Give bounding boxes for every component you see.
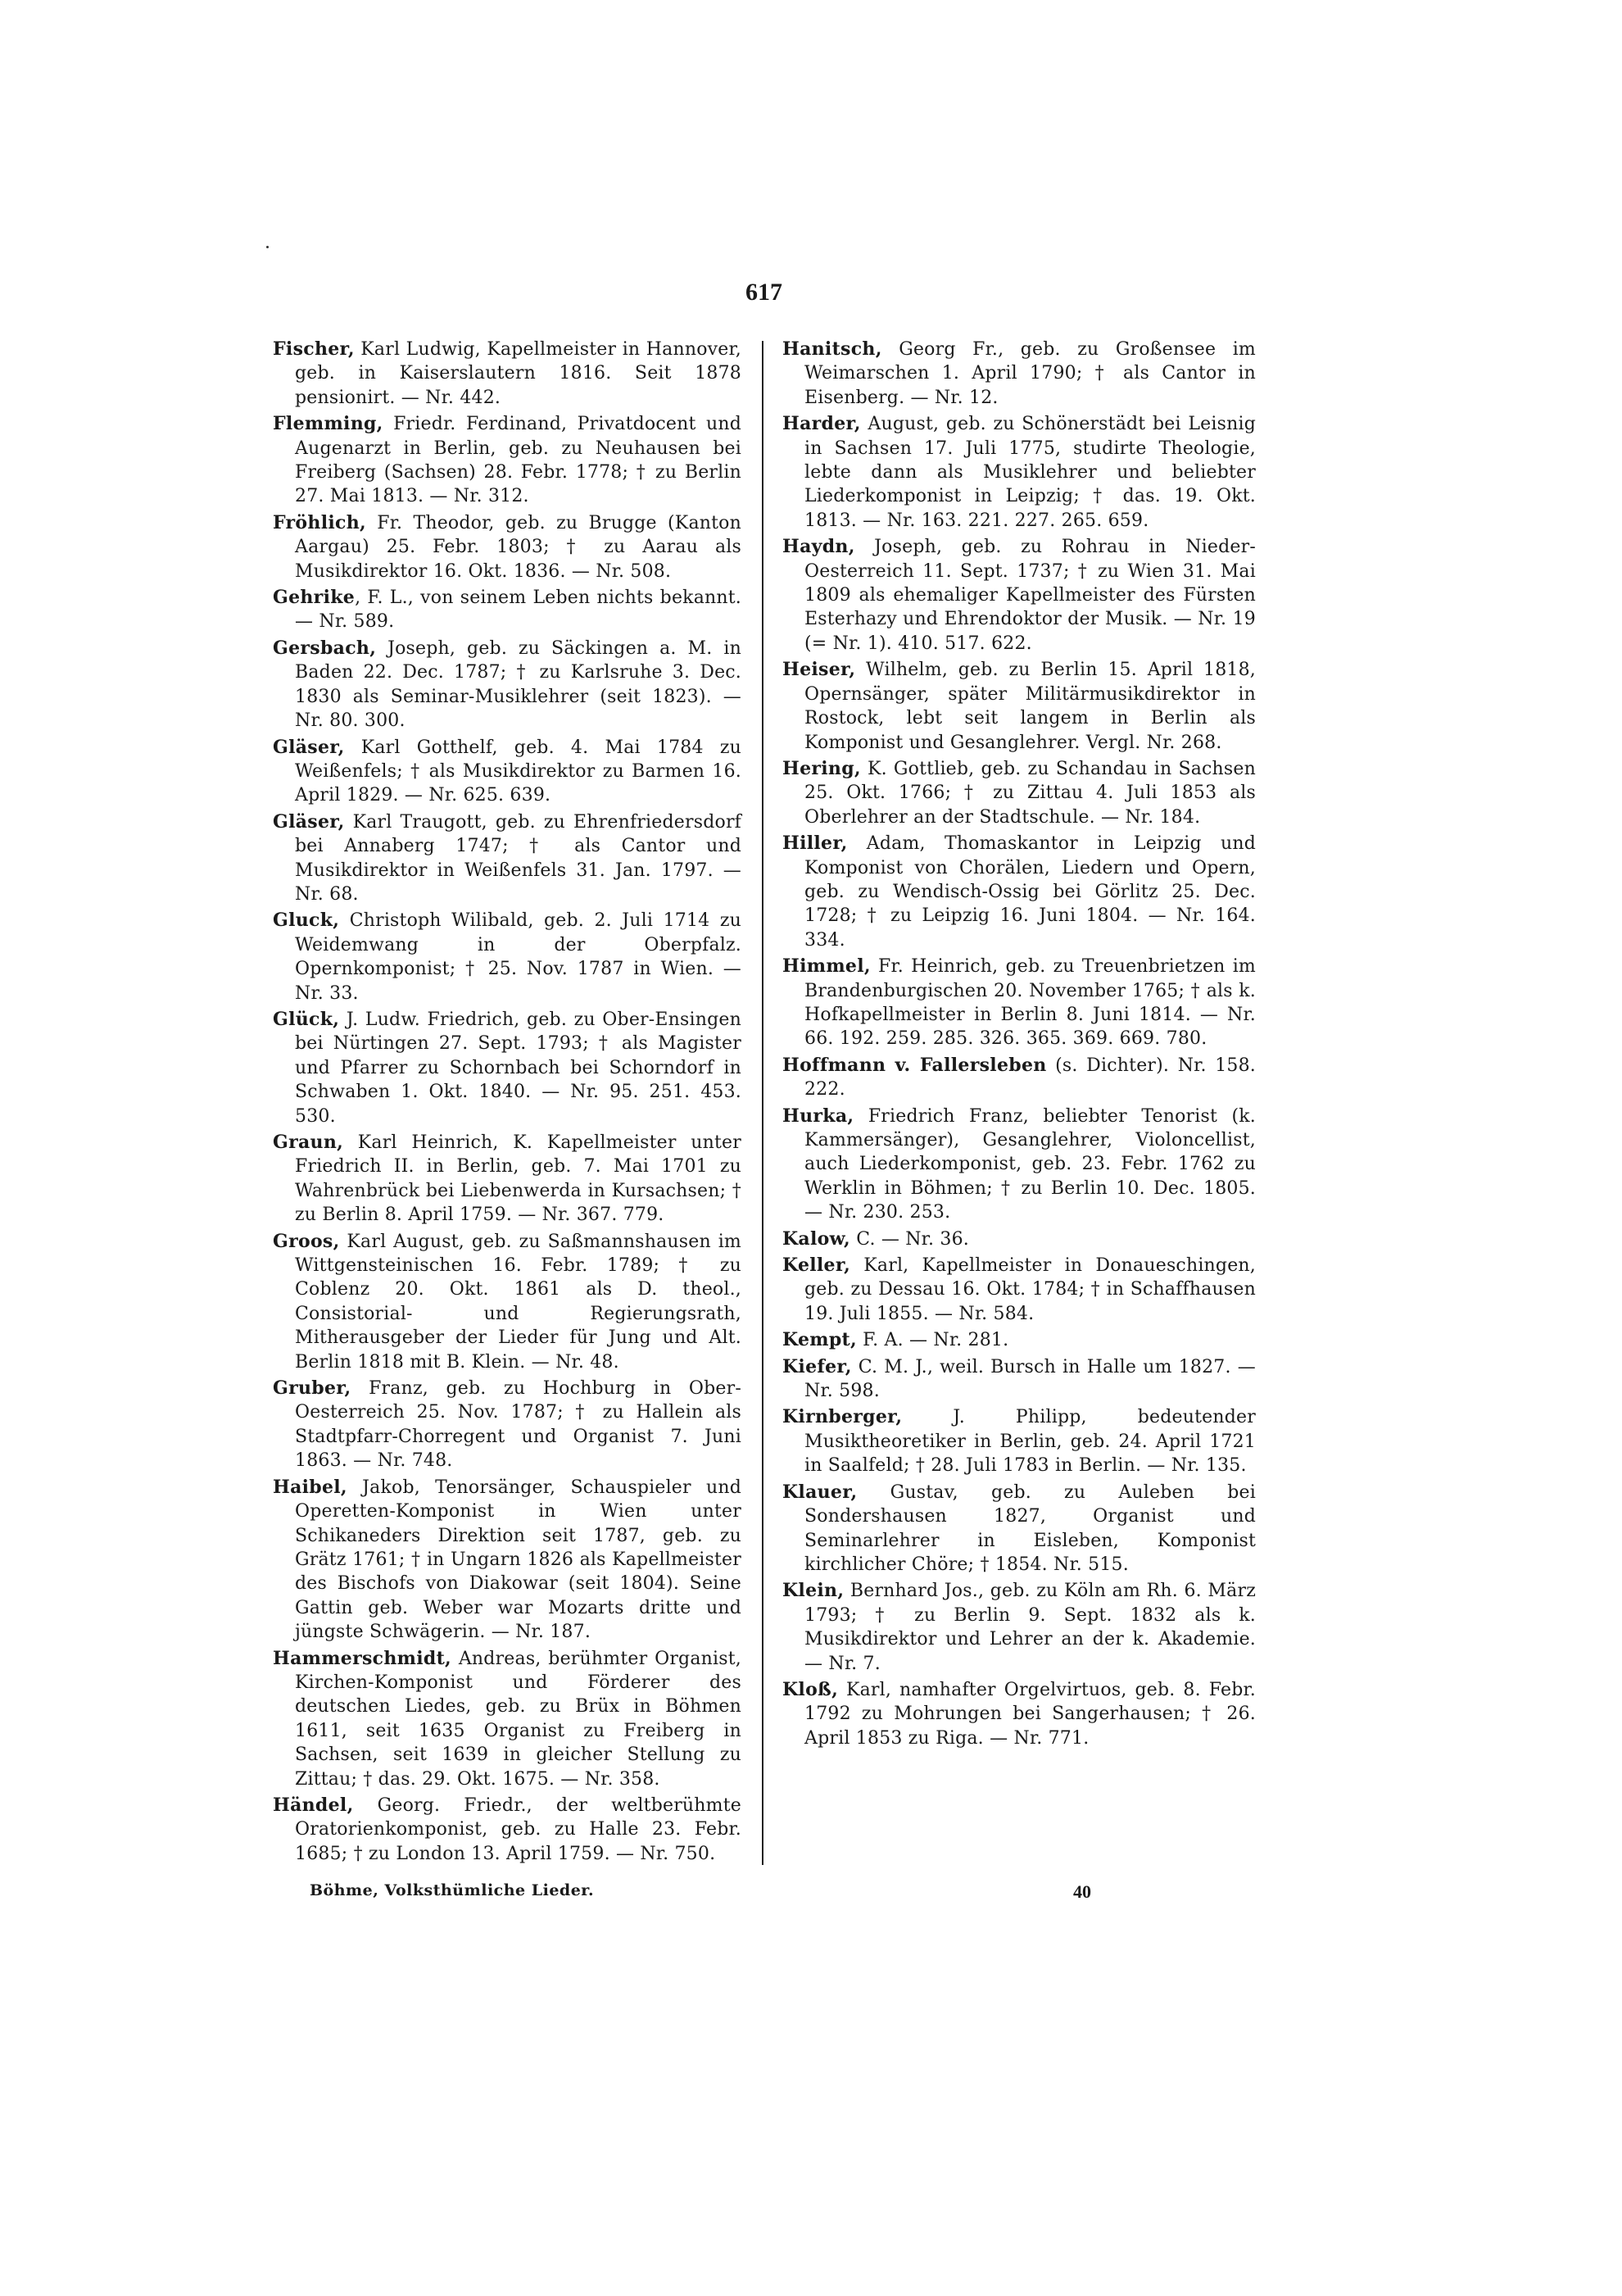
index-entry: Klauer, Gustav, geb. zu Auleben bei Sond… bbox=[782, 1481, 1256, 1577]
entry-name: Klauer, bbox=[782, 1482, 857, 1503]
right-column: Hanitsch, Georg Fr., geb. zu Großensee i… bbox=[782, 338, 1256, 1753]
index-entry: Gläser, Karl Traugott, geb. zu Ehrenfrie… bbox=[273, 810, 741, 907]
index-entry: Kirnberger, J. Philipp, bedeutender Musi… bbox=[782, 1405, 1256, 1477]
entry-name: Kirnberger, bbox=[782, 1406, 902, 1427]
index-entry: Gläser, Karl Gotthelf, geb. 4. Mai 1784 … bbox=[273, 736, 741, 808]
entry-text: Karl August, geb. zu Saßmannshausen im W… bbox=[295, 1232, 741, 1373]
entry-text: Adam, Thomaskantor in Leipzig und Kompon… bbox=[804, 833, 1256, 951]
index-entry: Gluck, Christoph Wilibald, geb. 2. Juli … bbox=[273, 909, 741, 1005]
entry-text: Wilhelm, geb. zu Berlin 15. April 1818, … bbox=[804, 660, 1256, 752]
entry-name: Hering, bbox=[782, 758, 861, 779]
entry-text: Karl Ludwig, Kapellmeister in Hannover, … bbox=[295, 339, 741, 408]
entry-name: Graun, bbox=[273, 1132, 343, 1153]
index-entry: Gruber, Franz, geb. zu Hochburg in Ober-… bbox=[273, 1377, 741, 1473]
entry-name: Klein, bbox=[782, 1580, 844, 1601]
entry-text: , F. L., von seinem Leben nichts bekannt… bbox=[295, 588, 741, 632]
entry-text: C. M. J., weil. Bursch in Halle um 1827.… bbox=[804, 1357, 1256, 1401]
entry-name: Hoffmann v. Fallersleben bbox=[782, 1055, 1047, 1076]
index-entry: Hering, K. Gottlieb, geb. zu Schandau in… bbox=[782, 757, 1256, 829]
index-entry: Hiller, Adam, Thomaskantor in Leipzig un… bbox=[782, 832, 1256, 952]
entry-text: Andreas, berühmter Organist, Kirchen-Kom… bbox=[295, 1649, 741, 1790]
entry-text: J. Ludw. Friedrich, geb. zu Ober-Ensinge… bbox=[295, 1010, 741, 1127]
index-entry: Graun, Karl Heinrich, K. Kapellmeister u… bbox=[273, 1131, 741, 1227]
entry-text: Franz, geb. zu Hochburg in Ober-Oesterre… bbox=[295, 1378, 741, 1471]
index-entry: Fischer, Karl Ludwig, Kapellmeister in H… bbox=[273, 338, 741, 410]
column-divider bbox=[762, 341, 763, 1865]
entry-name: Kalow, bbox=[782, 1228, 850, 1250]
index-entry: Kalow, C. — Nr. 36. bbox=[782, 1227, 1256, 1251]
index-entry: Haibel, Jakob, Tenorsänger, Schauspieler… bbox=[273, 1476, 741, 1645]
entry-text: Gustav, geb. zu Auleben bei Sondershause… bbox=[804, 1482, 1256, 1575]
entry-name: Kiefer, bbox=[782, 1356, 852, 1377]
stray-ink-dot bbox=[266, 246, 269, 248]
index-entry: Hanitsch, Georg Fr., geb. zu Großensee i… bbox=[782, 338, 1256, 410]
entry-name: Hammerschmidt, bbox=[273, 1648, 451, 1669]
entry-text: K. Gottlieb, geb. zu Schandau in Sachsen… bbox=[804, 759, 1256, 828]
entry-name: Gluck, bbox=[273, 910, 339, 931]
signature-mark: 40 bbox=[1073, 1881, 1091, 1903]
entry-text: Karl Traugott, geb. zu Ehrenfriedersdorf… bbox=[295, 812, 741, 905]
left-column: Fischer, Karl Ludwig, Kapellmeister in H… bbox=[273, 338, 741, 1868]
entry-text: August, geb. zu Schönerstädt bei Leisnig… bbox=[804, 414, 1256, 531]
index-entry: Hurka, Friedrich Franz, beliebter Tenori… bbox=[782, 1105, 1256, 1225]
entry-name: Gehrike bbox=[273, 587, 355, 608]
entry-name: Kempt, bbox=[782, 1329, 857, 1350]
entry-name: Hurka, bbox=[782, 1105, 854, 1127]
entry-name: Glück, bbox=[273, 1009, 339, 1030]
entry-name: Keller, bbox=[782, 1255, 850, 1276]
entry-name: Haibel, bbox=[273, 1477, 347, 1498]
entry-text: Karl Gotthelf, geb. 4. Mai 1784 zu Weiße… bbox=[295, 737, 741, 806]
index-entry: Kloß, Karl, namhafter Orgelvirtuos, geb.… bbox=[782, 1678, 1256, 1750]
index-entry: Himmel, Fr. Heinrich, geb. zu Treuenbrie… bbox=[782, 955, 1256, 1051]
entry-text: Karl, Kapellmeister in Donaueschingen, g… bbox=[804, 1255, 1256, 1324]
index-entry: Harder, August, geb. zu Schönerstädt bei… bbox=[782, 412, 1256, 533]
entry-name: Harder, bbox=[782, 413, 861, 434]
index-entry: Händel, Georg. Friedr., der weltberühmte… bbox=[273, 1794, 741, 1866]
index-entry: Glück, J. Ludw. Friedrich, geb. zu Ober-… bbox=[273, 1008, 741, 1128]
entry-text: Jakob, Tenorsänger, Schauspieler und Ope… bbox=[295, 1477, 741, 1642]
entry-text: Karl, namhafter Orgelvirtuos, geb. 8. Fe… bbox=[804, 1680, 1256, 1749]
entry-text: Christoph Wilibald, geb. 2. Juli 1714 zu… bbox=[295, 910, 741, 1003]
entry-name: Flemming, bbox=[273, 413, 383, 434]
entry-name: Fischer, bbox=[273, 338, 355, 360]
entry-text: Bernhard Jos., geb. zu Köln am Rh. 6. Mä… bbox=[804, 1581, 1256, 1673]
page-number: 617 bbox=[733, 279, 795, 306]
entry-text: Joseph, geb. zu Rohrau in Nieder-Oesterr… bbox=[804, 537, 1256, 654]
entry-text: Georg. Friedr., der weltberühmte Oratori… bbox=[295, 1795, 741, 1864]
index-entry: Gersbach, Joseph, geb. zu Säckingen a. M… bbox=[273, 637, 741, 733]
index-entry: Heiser, Wilhelm, geb. zu Berlin 15. Apri… bbox=[782, 658, 1256, 755]
entry-name: Gruber, bbox=[273, 1377, 351, 1399]
entry-name: Groos, bbox=[273, 1231, 340, 1252]
index-entry: Flemming, Friedr. Ferdinand, Privatdocen… bbox=[273, 412, 741, 509]
index-entry: Klein, Bernhard Jos., geb. zu Köln am Rh… bbox=[782, 1579, 1256, 1676]
footer-book-title: Böhme, Volksthümliche Lieder. bbox=[310, 1881, 594, 1899]
entry-name: Kloß, bbox=[782, 1679, 838, 1700]
index-entry: Gehrike, F. L., von seinem Leben nichts … bbox=[273, 586, 741, 634]
index-entry: Groos, Karl August, geb. zu Saßmannshaus… bbox=[273, 1230, 741, 1374]
entry-name: Himmel, bbox=[782, 955, 871, 977]
index-entry: Kempt, F. A. — Nr. 281. bbox=[782, 1328, 1256, 1352]
entry-name: Fröhlich, bbox=[273, 512, 366, 533]
entry-text: Fr. Heinrich, geb. zu Treuenbrietzen im … bbox=[804, 956, 1256, 1049]
index-entry: Haydn, Joseph, geb. zu Rohrau in Nieder-… bbox=[782, 535, 1256, 656]
entry-name: Haydn, bbox=[782, 536, 855, 557]
entry-name: Gersbach, bbox=[273, 638, 376, 659]
entry-text: Friedrich Franz, beliebter Tenorist (k. … bbox=[804, 1106, 1256, 1223]
entry-text: C. — Nr. 36. bbox=[850, 1229, 969, 1250]
entry-name: Hiller, bbox=[782, 833, 848, 854]
entry-text: Karl Heinrich, K. Kapellmeister unter Fr… bbox=[295, 1132, 741, 1225]
entry-name: Heiser, bbox=[782, 659, 855, 680]
index-entry: Keller, Karl, Kapellmeister in Donauesch… bbox=[782, 1254, 1256, 1326]
index-entry: Kiefer, C. M. J., weil. Bursch in Halle … bbox=[782, 1355, 1256, 1404]
entry-name: Händel, bbox=[273, 1795, 354, 1816]
entry-text: F. A. — Nr. 281. bbox=[857, 1330, 1008, 1350]
entry-name: Gläser, bbox=[273, 811, 345, 833]
entry-name: Gläser, bbox=[273, 737, 345, 758]
entry-name: Hanitsch, bbox=[782, 338, 882, 360]
index-entry: Hammerschmidt, Andreas, berühmter Organi… bbox=[273, 1647, 741, 1791]
index-entry: Fröhlich, Fr. Theodor, geb. zu Brugge (K… bbox=[273, 511, 741, 583]
index-entry: Hoffmann v. Fallersleben (s. Dichter). N… bbox=[782, 1054, 1256, 1102]
